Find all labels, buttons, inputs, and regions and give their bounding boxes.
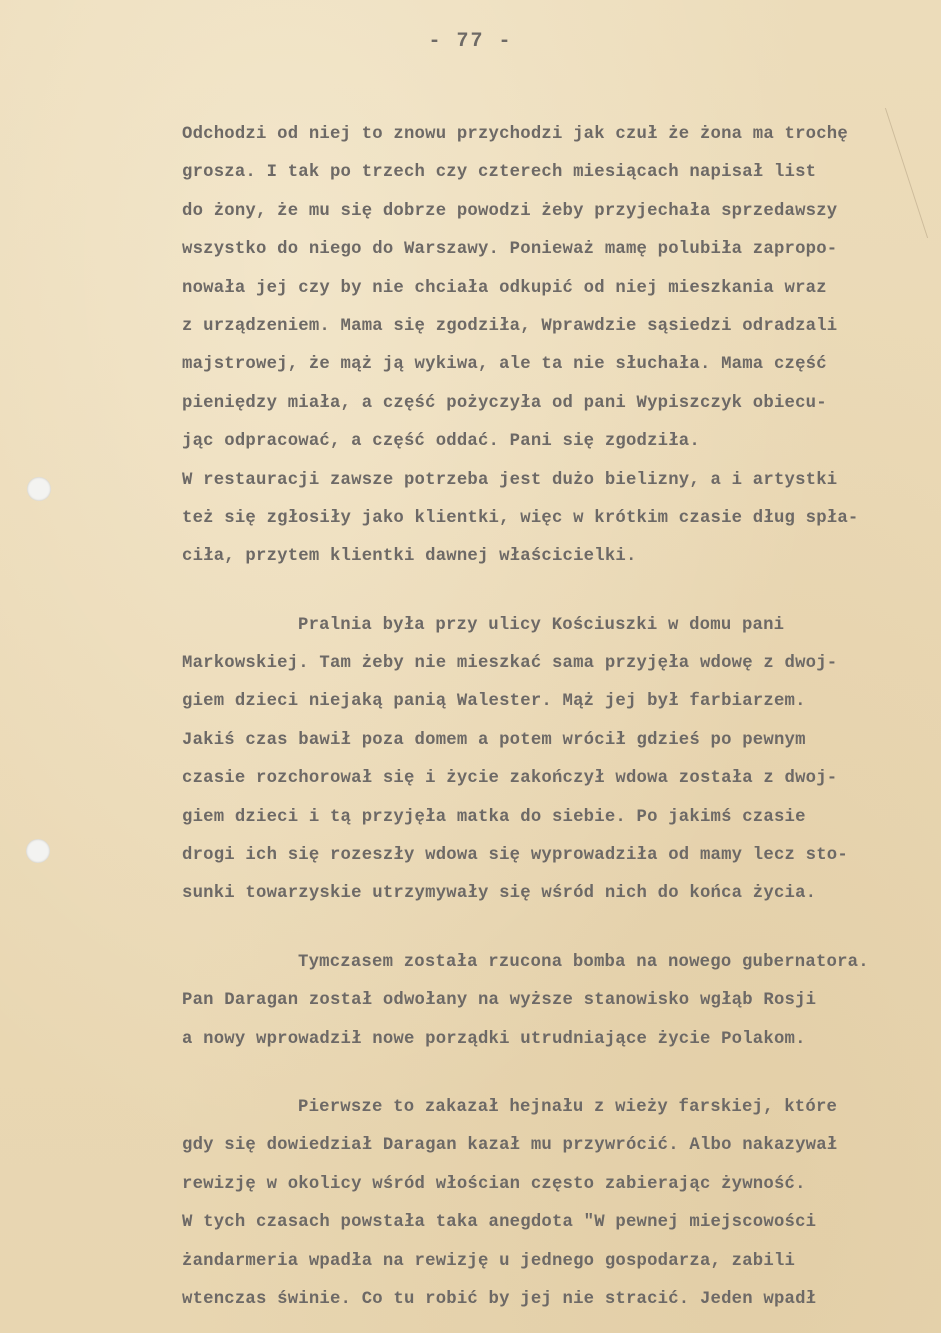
text-line: Pierwsze to zakazał hejnału z wieży fars… bbox=[182, 1089, 922, 1127]
text-line: rewizję w okolicy wśród włościan często … bbox=[182, 1166, 922, 1204]
text-line: sunki towarzyskie utrzymywały się wśród … bbox=[182, 875, 922, 913]
text-line: Markowskiej. Tam żeby nie mieszkać sama … bbox=[182, 645, 922, 683]
text-line: W tych czasach powstała taka anegdota "W… bbox=[182, 1204, 922, 1242]
text-line: grosza. I tak po trzech czy czterech mie… bbox=[182, 154, 922, 192]
punch-hole-top bbox=[27, 477, 51, 501]
text-line: żandarmeria wpadła na rewizję u jednego … bbox=[182, 1243, 922, 1281]
page-number: - 77 - bbox=[0, 30, 941, 53]
text-line: Jakiś czas bawił poza domem a potem wróc… bbox=[182, 722, 922, 760]
paragraph: W restauracji zawsze potrzeba jest dużo … bbox=[182, 462, 922, 577]
paragraph: Pralnia była przy ulicy Kościuszki w dom… bbox=[182, 607, 922, 914]
text-line: drogi ich się rozeszły wdowa się wyprowa… bbox=[182, 837, 922, 875]
text-line: a nowy wprowadził nowe porządki utrudnia… bbox=[182, 1021, 922, 1059]
paragraph-gap bbox=[182, 914, 922, 944]
text-line: czasie rozchorował się i życie zakończył… bbox=[182, 760, 922, 798]
text-line: nowała jej czy by nie chciała odkupić od… bbox=[182, 270, 922, 308]
text-line: z urządzeniem. Mama się zgodziła, Wprawd… bbox=[182, 308, 922, 346]
text-line: ciła, przytem klientki dawnej właściciel… bbox=[182, 538, 922, 576]
paragraph-gap bbox=[182, 577, 922, 607]
text-line: giem dzieci niejaką panią Walester. Mąż … bbox=[182, 683, 922, 721]
text-line: też się zgłosiły jako klientki, więc w k… bbox=[182, 500, 922, 538]
paragraph: Odchodzi od niej to znowu przychodzi jak… bbox=[182, 116, 922, 462]
text-line: pieniędzy miała, a część pożyczyła od pa… bbox=[182, 385, 922, 423]
text-line: wszystko do niego do Warszawy. Ponieważ … bbox=[182, 231, 922, 269]
text-line: Pralnia była przy ulicy Kościuszki w dom… bbox=[182, 607, 922, 645]
paragraph: Tymczasem została rzucona bomba na noweg… bbox=[182, 944, 922, 1059]
text-line: majstrowej, że mąż ją wykiwa, ale ta nie… bbox=[182, 346, 922, 384]
text-line: do żony, że mu się dobrze powodzi żeby p… bbox=[182, 193, 922, 231]
typewritten-text: Odchodzi od niej to znowu przychodzi jak… bbox=[182, 116, 922, 1319]
paragraph: Pierwsze to zakazał hejnału z wieży fars… bbox=[182, 1089, 922, 1319]
text-line: wtenczas świnie. Co tu robić by jej nie … bbox=[182, 1281, 922, 1319]
text-line: Tymczasem została rzucona bomba na noweg… bbox=[182, 944, 922, 982]
paper-page: - 77 - Odchodzi od niej to znowu przycho… bbox=[0, 0, 941, 1333]
text-line: W restauracji zawsze potrzeba jest dużo … bbox=[182, 462, 922, 500]
text-line: giem dzieci i tą przyjęła matka do siebi… bbox=[182, 799, 922, 837]
text-line: Pan Daragan został odwołany na wyższe st… bbox=[182, 982, 922, 1020]
text-line: Odchodzi od niej to znowu przychodzi jak… bbox=[182, 116, 922, 154]
paragraph-gap bbox=[182, 1059, 922, 1089]
text-line: jąc odpracować, a część oddać. Pani się … bbox=[182, 423, 922, 461]
text-line: gdy się dowiedział Daragan kazał mu przy… bbox=[182, 1127, 922, 1165]
punch-hole-bottom bbox=[26, 839, 50, 863]
